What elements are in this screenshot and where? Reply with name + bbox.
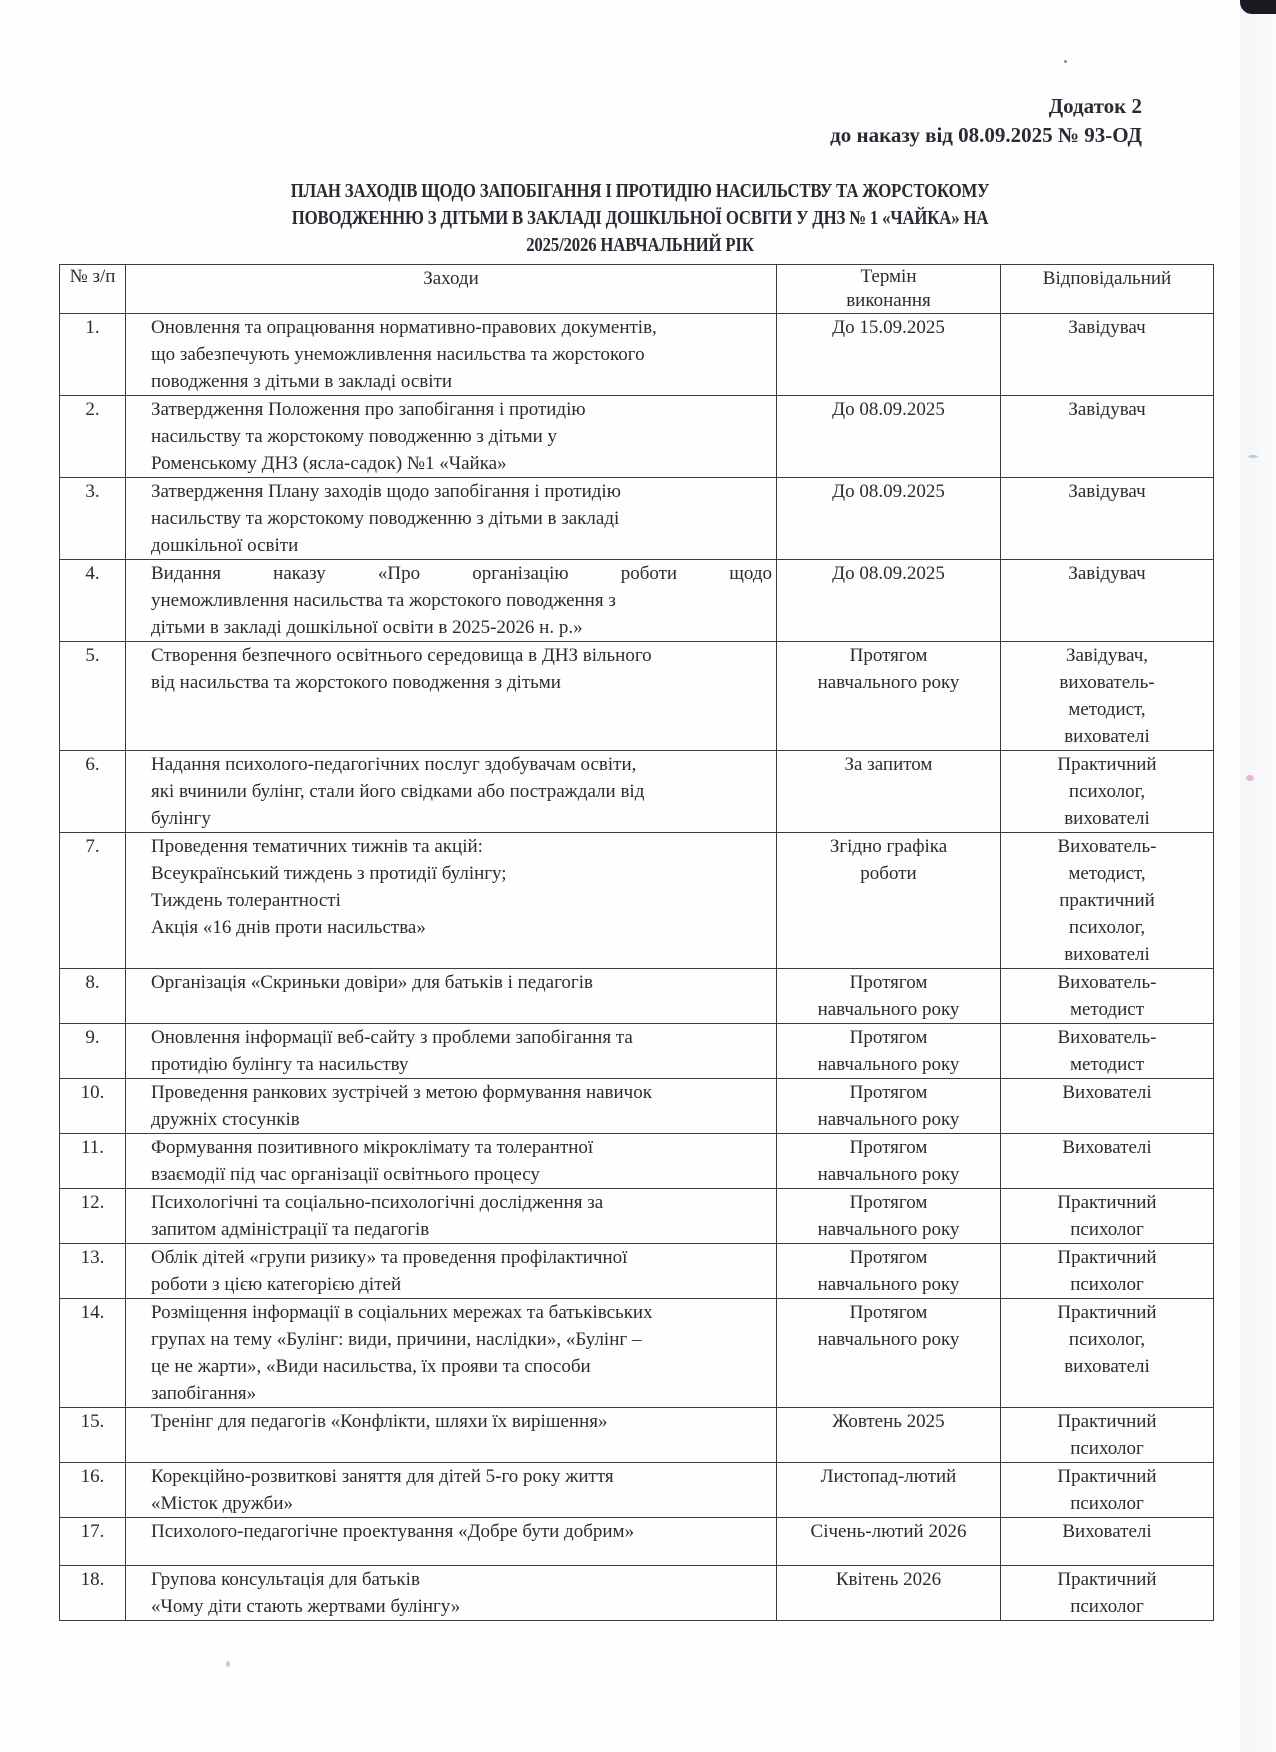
row-number: 15. <box>60 1408 126 1463</box>
title-line-3: 2025/2026 НАВЧАЛЬНИЙ РІК <box>184 232 1096 259</box>
activity-line: протидію булінгу та насильству <box>151 1051 772 1078</box>
table-row: 13.Облік дітей «групи ризику» та проведе… <box>60 1244 1214 1299</box>
row-responsible: Вихователь-методист <box>1001 969 1214 1024</box>
activity-line: від насильства та жорстокого поводження … <box>151 669 772 696</box>
row-term: До 15.09.2025 <box>777 314 1001 396</box>
activity-line: Тренінг для педагогів «Конфлікти, шляхи … <box>151 1408 772 1435</box>
activity-line: Затвердження Положення про запобігання і… <box>151 396 772 423</box>
row-term: Протягом навчального року <box>777 1134 1001 1189</box>
row-activity: Групова консультація для батьків«Чому ді… <box>126 1566 777 1621</box>
activity-line: Надання психолого-педагогічних послуг зд… <box>151 751 772 778</box>
table-row: 2.Затвердження Положення про запобігання… <box>60 396 1214 478</box>
activity-line: унеможливлення насильства та жорстокого … <box>151 587 772 614</box>
activity-line: Психологічні та соціально-психологічні д… <box>151 1189 772 1216</box>
row-term: До 08.09.2025 <box>777 478 1001 560</box>
title-line-1: ПЛАН ЗАХОДІВ ЩОДО ЗАПОБІГАННЯ І ПРОТИДІЮ… <box>184 178 1096 205</box>
header-num-label: № з/п <box>70 266 116 287</box>
table-row: 14.Розміщення інформації в соціальних ме… <box>60 1299 1214 1408</box>
activity-line: дружніх стосунків <box>151 1106 772 1133</box>
table-row: 3.Затвердження Плану заходів щодо запобі… <box>60 478 1214 560</box>
row-activity: Облік дітей «групи ризику» та проведення… <box>126 1244 777 1299</box>
activity-line: дітьми в закладі дошкільної освіти в 202… <box>151 614 772 641</box>
activity-line: Розміщення інформації в соціальних мереж… <box>151 1299 772 1326</box>
row-number: 7. <box>60 833 126 969</box>
table-row: 9.Оновлення інформації веб-сайту з пробл… <box>60 1024 1214 1079</box>
row-number: 6. <box>60 751 126 833</box>
table-row: 7.Проведення тематичних тижнів та акцій:… <box>60 833 1214 969</box>
header-term: Термін виконання <box>777 265 1001 314</box>
activity-line: Проведення ранкових зустрічей з метою фо… <box>151 1079 772 1106</box>
activity-line: які вчинили булінг, стали його свідками … <box>151 778 772 805</box>
row-activity: Проведення тематичних тижнів та акцій:Вс… <box>126 833 777 969</box>
activity-line: Облік дітей «групи ризику» та проведення… <box>151 1244 772 1271</box>
activity-line: Психолого-педагогічне проектування «Добр… <box>151 1518 772 1545</box>
row-number: 4. <box>60 560 126 642</box>
table-row: 1.Оновлення та опрацювання нормативно-пр… <box>60 314 1214 396</box>
plan-table-body: 1.Оновлення та опрацювання нормативно-пр… <box>60 314 1214 1621</box>
row-responsible: Завідувач <box>1001 560 1214 642</box>
row-term: Згідно графіка роботи <box>777 833 1001 969</box>
table-row: 15.Тренінг для педагогів «Конфлікти, шля… <box>60 1408 1214 1463</box>
activity-line: Проведення тематичних тижнів та акцій: <box>151 833 772 860</box>
row-activity: Корекційно-розвиткові заняття для дітей … <box>126 1463 777 1518</box>
activity-line: роботи з цією категорією дітей <box>151 1271 772 1298</box>
table-row: 18.Групова консультація для батьків«Чому… <box>60 1566 1214 1621</box>
activity-line: Групова консультація для батьків <box>151 1566 772 1593</box>
activity-line: Створення безпечного освітнього середови… <box>151 642 772 669</box>
row-number: 5. <box>60 642 126 751</box>
table-row: 5.Створення безпечного освітнього середо… <box>60 642 1214 751</box>
row-responsible: Вихователі <box>1001 1134 1214 1189</box>
activity-line: Оновлення та опрацювання нормативно-прав… <box>151 314 772 341</box>
row-responsible: Практичний психолог <box>1001 1463 1214 1518</box>
row-term: Протягом навчального року <box>777 969 1001 1024</box>
row-term: Листопад-лютий <box>777 1463 1001 1518</box>
row-term: Протягом навчального року <box>777 1189 1001 1244</box>
activity-line: це не жарти», «Види насильства, їх прояв… <box>151 1353 772 1380</box>
row-activity: Організація «Скриньки довіри» для батькі… <box>126 969 777 1024</box>
row-term: За запитом <box>777 751 1001 833</box>
row-activity: Проведення ранкових зустрічей з метою фо… <box>126 1079 777 1134</box>
activity-line: «Місток дружби» <box>151 1490 772 1517</box>
table-row: 16.Корекційно-розвиткові заняття для діт… <box>60 1463 1214 1518</box>
row-term: Січень-лютий 2026 <box>777 1518 1001 1566</box>
row-activity: Тренінг для педагогів «Конфлікти, шляхи … <box>126 1408 777 1463</box>
activity-line: Тиждень толерантності <box>151 887 772 914</box>
activity-line: Акція «16 днів проти насильства» <box>151 914 772 941</box>
table-header-row: № з/п Заходи Термін виконання Відповідал… <box>60 265 1214 314</box>
activity-line: дошкільної освіти <box>151 532 772 559</box>
row-responsible: Вихователь-методист, практичний психолог… <box>1001 833 1214 969</box>
activity-line: насильству та жорстокому поводженню з ді… <box>151 505 772 532</box>
row-responsible: Завідувач, вихователь-методист, виховате… <box>1001 642 1214 751</box>
row-number: 14. <box>60 1299 126 1408</box>
scan-speck <box>1248 455 1258 458</box>
row-responsible: Завідувач <box>1001 478 1214 560</box>
appendix-number: Додаток 2 <box>830 92 1142 121</box>
row-activity: Психолого-педагогічне проектування «Добр… <box>126 1518 777 1566</box>
row-number: 13. <box>60 1244 126 1299</box>
row-activity: Психологічні та соціально-психологічні д… <box>126 1189 777 1244</box>
row-responsible: Практичний психолог, вихователі <box>1001 751 1214 833</box>
plan-table: № з/п Заходи Термін виконання Відповідал… <box>59 264 1214 1621</box>
row-activity: Затвердження Положення про запобігання і… <box>126 396 777 478</box>
header-num: № з/п <box>60 265 126 314</box>
appendix-order-ref: до наказу від 08.09.2025 № 93-ОД <box>830 121 1142 150</box>
row-responsible: Практичний психолог <box>1001 1408 1214 1463</box>
activity-line: «Чому діти стають жертвами булінгу» <box>151 1593 772 1620</box>
row-activity: Оновлення інформації веб-сайту з проблем… <box>126 1024 777 1079</box>
scan-speck <box>226 1661 230 1667</box>
row-number: 9. <box>60 1024 126 1079</box>
row-responsible: Практичний психолог <box>1001 1244 1214 1299</box>
row-number: 12. <box>60 1189 126 1244</box>
activity-line: Корекційно-розвиткові заняття для дітей … <box>151 1463 772 1490</box>
activity-line: Організація «Скриньки довіри» для батькі… <box>151 969 772 996</box>
activity-line: Оновлення інформації веб-сайту з проблем… <box>151 1024 772 1051</box>
row-term: До 08.09.2025 <box>777 560 1001 642</box>
table-row: 8.Організація «Скриньки довіри» для бать… <box>60 969 1214 1024</box>
row-activity: Надання психолого-педагогічних послуг зд… <box>126 751 777 833</box>
table-row: 17.Психолого-педагогічне проектування «Д… <box>60 1518 1214 1566</box>
row-activity: Створення безпечного освітнього середови… <box>126 642 777 751</box>
activity-line: Формування позитивного мікроклімату та т… <box>151 1134 772 1161</box>
row-number: 2. <box>60 396 126 478</box>
activity-line: групах на тему «Булінг: види, причини, н… <box>151 1326 772 1353</box>
scan-corner-shadow <box>1240 0 1276 14</box>
row-number: 16. <box>60 1463 126 1518</box>
activity-line: булінгу <box>151 805 772 832</box>
table-row: 6.Надання психолого-педагогічних послуг … <box>60 751 1214 833</box>
row-responsible: Завідувач <box>1001 396 1214 478</box>
row-number: 10. <box>60 1079 126 1134</box>
activity-line: поводження з дітьми в закладі освіти <box>151 368 772 395</box>
row-term: Протягом навчального року <box>777 642 1001 751</box>
row-term: До 08.09.2025 <box>777 396 1001 478</box>
row-term: Протягом навчального року <box>777 1244 1001 1299</box>
row-responsible: Завідувач <box>1001 314 1214 396</box>
row-responsible: Вихователі <box>1001 1079 1214 1134</box>
row-responsible: Практичний психолог <box>1001 1566 1214 1621</box>
row-term: Жовтень 2025 <box>777 1408 1001 1463</box>
table-row: 4.Видання наказу «Про організацію роботи… <box>60 560 1214 642</box>
row-activity: Формування позитивного мікроклімату та т… <box>126 1134 777 1189</box>
table-row: 12.Психологічні та соціально-психологічн… <box>60 1189 1214 1244</box>
row-responsible: Практичний психолог, вихователі <box>1001 1299 1214 1408</box>
row-activity: Затвердження Плану заходів щодо запобіга… <box>126 478 777 560</box>
row-number: 1. <box>60 314 126 396</box>
row-number: 17. <box>60 1518 126 1566</box>
activity-line: що забезпечують унеможливлення насильств… <box>151 341 772 368</box>
row-term: Квітень 2026 <box>777 1566 1001 1621</box>
row-term: Протягом навчального року <box>777 1024 1001 1079</box>
row-activity: Видання наказу «Про організацію роботи щ… <box>126 560 777 642</box>
row-number: 11. <box>60 1134 126 1189</box>
activity-line: запобігання» <box>151 1380 772 1407</box>
row-responsible: Практичний психолог <box>1001 1189 1214 1244</box>
row-responsible: Вихователь-методист <box>1001 1024 1214 1079</box>
header-responsible: Відповідальний <box>1001 265 1214 314</box>
row-number: 3. <box>60 478 126 560</box>
table-row: 10.Проведення ранкових зустрічей з метою… <box>60 1079 1214 1134</box>
activity-line: насильству та жорстокому поводженню з ді… <box>151 423 772 450</box>
appendix-header: Додаток 2 до наказу від 08.09.2025 № 93-… <box>830 92 1142 150</box>
title-line-2: ПОВОДЖЕННЮ З ДІТЬМИ В ЗАКЛАДІ ДОШКІЛЬНОЇ… <box>184 205 1096 232</box>
activity-line: Видання наказу «Про організацію роботи щ… <box>151 560 772 587</box>
row-activity: Розміщення інформації в соціальних мереж… <box>126 1299 777 1408</box>
activity-line: Всеукраїнський тиждень з протидії булінг… <box>151 860 772 887</box>
document-title: ПЛАН ЗАХОДІВ ЩОДО ЗАПОБІГАННЯ І ПРОТИДІЮ… <box>184 178 1096 259</box>
table-row: 11.Формування позитивного мікроклімату т… <box>60 1134 1214 1189</box>
activity-line: взаємодії під час організації освітнього… <box>151 1161 772 1188</box>
scan-speck <box>1246 775 1254 781</box>
activity-line: Затвердження Плану заходів щодо запобіга… <box>151 478 772 505</box>
row-number: 8. <box>60 969 126 1024</box>
scan-speck <box>1064 60 1067 63</box>
row-responsible: Вихователі <box>1001 1518 1214 1566</box>
row-number: 18. <box>60 1566 126 1621</box>
row-activity: Оновлення та опрацювання нормативно-прав… <box>126 314 777 396</box>
activity-line: запитом адміністрації та педагогів <box>151 1216 772 1243</box>
scan-edge-strip <box>1240 0 1276 1752</box>
row-term: Протягом навчального року <box>777 1079 1001 1134</box>
activity-line: Роменському ДНЗ (ясла-садок) №1 «Чайка» <box>151 450 772 477</box>
header-activity: Заходи <box>126 265 777 314</box>
row-term: Протягом навчального року <box>777 1299 1001 1408</box>
